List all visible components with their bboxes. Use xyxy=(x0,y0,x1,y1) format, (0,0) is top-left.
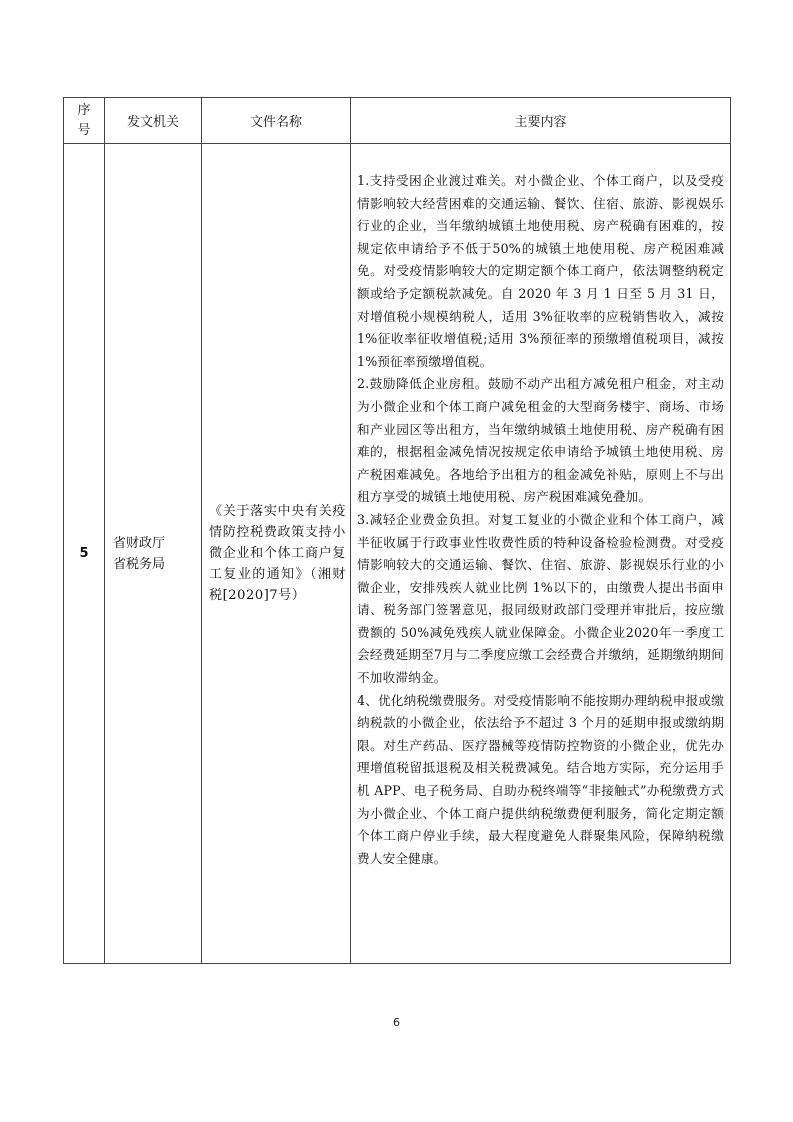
row-seq: 5 xyxy=(64,144,105,964)
content-paragraph: 1.支持受困企业渡过难关。对小微企业、个体工商户，以及受疫情影响较大经营困难的交… xyxy=(357,170,724,373)
table-row: 5 省财政厅 省税务局 《关于落实中央有关疫情防控税费政策支持小微企业和个体工商… xyxy=(64,144,731,964)
org-line: 省税务局 xyxy=(113,554,201,575)
row-content: 1.支持受困企业渡过难关。对小微企业、个体工商户，以及受疫情影响较大经营困难的交… xyxy=(351,144,731,964)
content-paragraph: 4、优化纳税缴费服务。对受疫情影响不能按期办理纳税申报或缴纳税款的小微企业，依法… xyxy=(357,690,724,871)
header-content: 主要内容 xyxy=(351,98,731,144)
policy-table: 序号 发文机关 文件名称 主要内容 5 省财政厅 省税务局 《关于落实中央有关疫… xyxy=(63,97,731,964)
content-paragraph: 3.减轻企业费金负担。对复工复业的小微企业和个体工商户，减半征收属于行政事业性收… xyxy=(357,509,724,690)
row-doc-name: 《关于落实中央有关疫情防控税费政策支持小微企业和个体工商户复工复业的通知》（湘财… xyxy=(202,144,351,964)
header-doc-name: 文件名称 xyxy=(202,98,351,144)
content-paragraph: 2.鼓励降低企业房租。鼓励不动产出租方减免租户租金，对主动为小微企业和个体工商户… xyxy=(357,373,724,509)
org-line: 省财政厅 xyxy=(113,533,201,554)
table-header-row: 序号 发文机关 文件名称 主要内容 xyxy=(64,98,731,144)
header-seq: 序号 xyxy=(64,98,105,144)
row-org: 省财政厅 省税务局 xyxy=(105,144,202,964)
page-number: 6 xyxy=(0,1016,793,1029)
header-org: 发文机关 xyxy=(105,98,202,144)
